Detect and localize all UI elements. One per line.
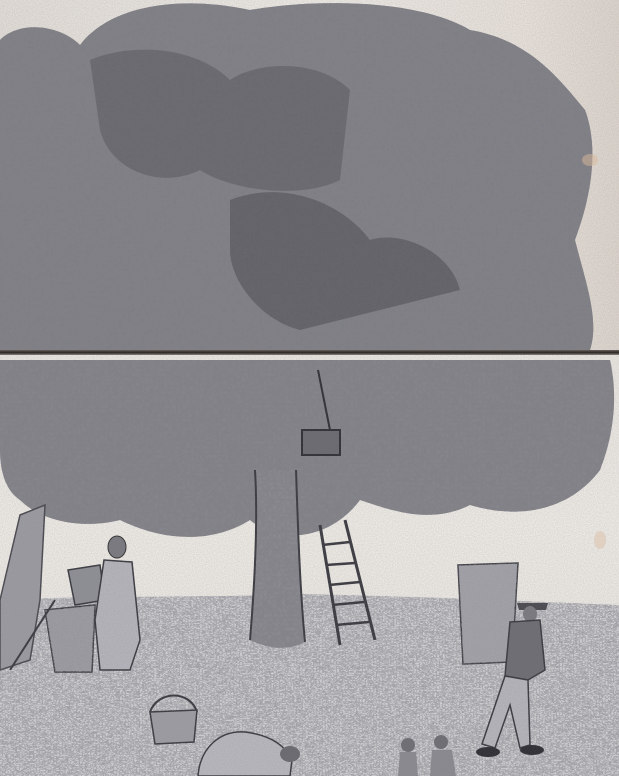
drawing bbox=[0, 0, 619, 776]
fold-line bbox=[0, 350, 619, 355]
paper-grain bbox=[0, 0, 619, 776]
paper-stain bbox=[582, 154, 598, 166]
paper-stain bbox=[594, 531, 606, 549]
